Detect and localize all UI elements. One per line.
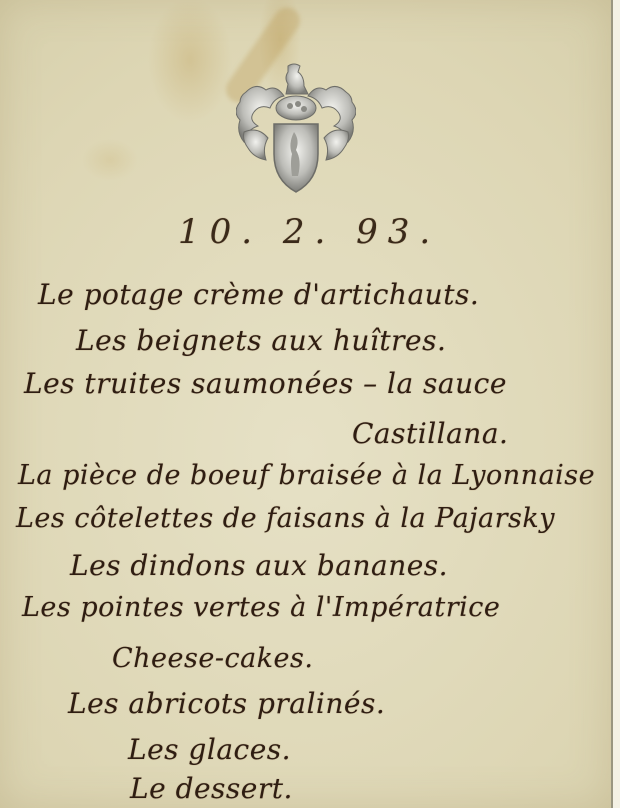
menu-item-braised-beef: La pièce de boeuf braisée à la Lyonnaise xyxy=(18,460,595,491)
menu-item-soup: Le potage crème d'artichauts. xyxy=(38,278,479,311)
menu-item-dessert: Le dessert. xyxy=(130,772,293,805)
menu-item-salmon-trout: Les truites saumonées – la sauce xyxy=(24,367,507,400)
menu-item-pralined-apricots: Les abricots pralinés. xyxy=(68,687,385,720)
menu-item-cheese-cakes: Cheese-cakes. xyxy=(112,643,313,674)
menu-item-oyster-fritters: Les beignets aux huîtres. xyxy=(76,324,446,357)
menu-item-asparagus-tips: Les pointes vertes à l'Impératrice xyxy=(22,592,500,623)
menu-item-sauce-castillana: Castillana. xyxy=(352,417,508,450)
menu-card: 10. 2. 93. Le potage crème d'artichauts.… xyxy=(0,0,613,808)
menu-item-ices: Les glaces. xyxy=(128,733,291,766)
menu-date: 10. 2. 93. xyxy=(178,212,440,252)
coat-of-arms-icon xyxy=(236,62,356,198)
menu-item-turkey-bananas: Les dindons aux bananes. xyxy=(70,549,448,582)
menu-item-pheasant-cutlets: Les côtelettes de faisans à la Pajarsky xyxy=(16,503,555,534)
